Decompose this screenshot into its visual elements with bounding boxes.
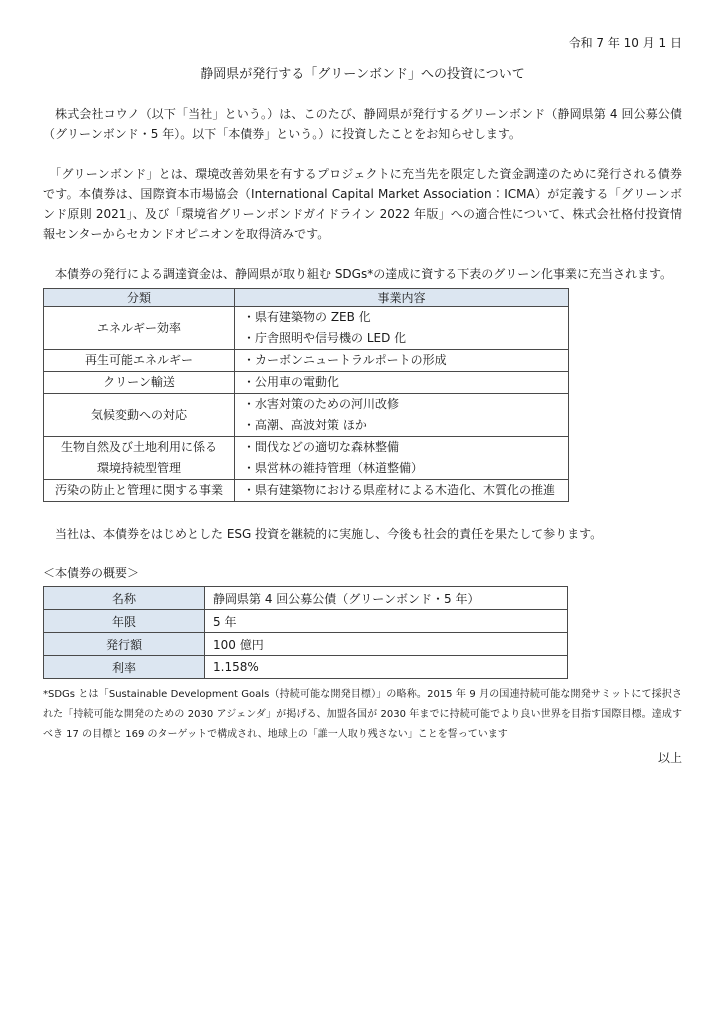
document-title: 静岡県が発行する「グリーンボンド」への投資について xyxy=(43,66,682,84)
table-row: 再生可能エネルギー ・カーボンニュートラルポートの形成 xyxy=(44,350,569,372)
column-header-category: 分類 xyxy=(44,289,235,307)
summary-label: 発行額 xyxy=(44,633,205,656)
paragraph-use-of-proceeds: 本債券の発行による調達資金は、静岡県が取り組む SDGs*の達成に資する下表のグ… xyxy=(43,264,682,284)
table-row: 年限 5 年 xyxy=(44,610,568,633)
items-cell: ・水害対策のための河川改修 ・高潮、高波対策 ほか xyxy=(235,394,569,437)
paragraph-investment-announcement: 株式会社コウノ（以下「当社」という。）は、このたび、静岡県が発行するグリーンボン… xyxy=(43,104,682,144)
items-cell: ・公用車の電動化 xyxy=(235,372,569,394)
summary-value: 5 年 xyxy=(205,610,568,633)
document-date: 令和 7 年 10 月 1 日 xyxy=(43,34,682,52)
category-cell: 再生可能エネルギー xyxy=(44,350,235,372)
category-cell: エネルギー効率 xyxy=(44,307,235,350)
summary-label: 利率 xyxy=(44,656,205,679)
document-page: 令和 7 年 10 月 1 日 静岡県が発行する「グリーンボンド」への投資につい… xyxy=(0,0,724,1024)
items-cell: ・カーボンニュートラルポートの形成 xyxy=(235,350,569,372)
category-cell: 汚染の防止と管理に関する事業 xyxy=(44,480,235,502)
table-row: エネルギー効率 ・県有建築物の ZEB 化 ・庁舎照明や信号機の LED 化 xyxy=(44,307,569,350)
items-cell: ・県有建築物における県産材による木造化、木質化の推進 xyxy=(235,480,569,502)
paragraph-esg-commitment: 当社は、本債券をはじめとした ESG 投資を継続的に実施し、今後も社会的責任を果… xyxy=(43,524,682,544)
summary-value: 1.158% xyxy=(205,656,568,679)
table-row: 生物自然及び土地利用に係る 環境持続型管理 ・間伐などの適切な森林整備 ・県営林… xyxy=(44,437,569,480)
bond-summary-table: 名称 静岡県第 4 回公募公債（グリーンボンド・5 年） 年限 5 年 発行額 … xyxy=(43,586,568,679)
category-cell: クリーン輸送 xyxy=(44,372,235,394)
closing-mark: 以上 xyxy=(43,749,682,767)
table-row: 名称 静岡県第 4 回公募公債（グリーンボンド・5 年） xyxy=(44,587,568,610)
category-cell: 気候変動への対応 xyxy=(44,394,235,437)
summary-value: 100 億円 xyxy=(205,633,568,656)
table-row: 気候変動への対応 ・水害対策のための河川改修 ・高潮、高波対策 ほか xyxy=(44,394,569,437)
category-cell: 生物自然及び土地利用に係る 環境持続型管理 xyxy=(44,437,235,480)
items-cell: ・県有建築物の ZEB 化 ・庁舎照明や信号機の LED 化 xyxy=(235,307,569,350)
column-header-business: 事業内容 xyxy=(235,289,569,307)
sdgs-footnote: *SDGs とは「Sustainable Development Goals（持… xyxy=(43,685,682,745)
paragraph-greenbond-definition: 「グリーンボンド」とは、環境改善効果を有するプロジェクトに充当先を限定した資金調… xyxy=(43,164,682,244)
summary-label: 名称 xyxy=(44,587,205,610)
items-cell: ・間伐などの適切な森林整備 ・県営林の維持管理（林道整備） xyxy=(235,437,569,480)
table-row: 発行額 100 億円 xyxy=(44,633,568,656)
table-row: 利率 1.158% xyxy=(44,656,568,679)
summary-value: 静岡県第 4 回公募公債（グリーンボンド・5 年） xyxy=(205,587,568,610)
table-row: 汚染の防止と管理に関する事業 ・県有建築物における県産材による木造化、木質化の推… xyxy=(44,480,569,502)
green-projects-table: 分類 事業内容 エネルギー効率 ・県有建築物の ZEB 化 ・庁舎照明や信号機の… xyxy=(43,288,569,502)
table-row: クリーン輸送 ・公用車の電動化 xyxy=(44,372,569,394)
summary-label: 年限 xyxy=(44,610,205,633)
table-header-row: 分類 事業内容 xyxy=(44,289,569,307)
bond-summary-heading: ＜本債券の概要＞ xyxy=(43,564,682,582)
